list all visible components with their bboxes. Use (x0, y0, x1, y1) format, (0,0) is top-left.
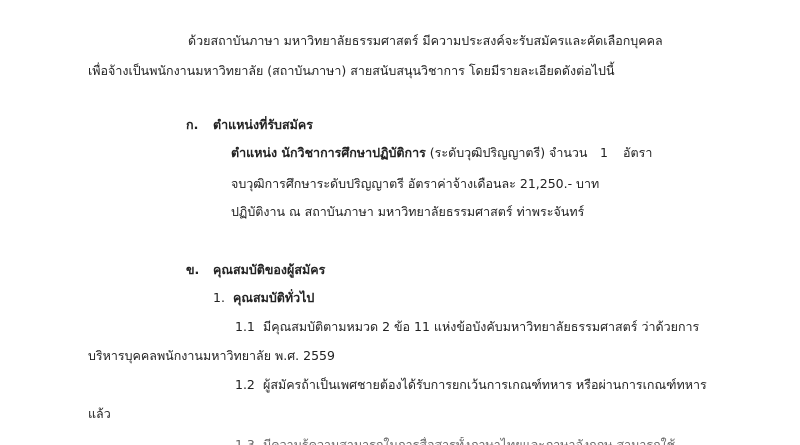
count-value: 1 (600, 145, 608, 161)
sub1-heading: คุณสมบัติทั่วไป (233, 290, 314, 306)
item-1-2-number: 1.2 (235, 377, 255, 393)
intro-line-2: เพื่อจ้างเป็นพนักงานมหาวิทยาลัย (สถาบันภ… (88, 63, 615, 79)
item-1-2-text: ผู้สมัครถ้าเป็นเพศชายต้องได้รับการยกเว้น… (263, 377, 707, 393)
section-a-heading: ตำแหน่งที่รับสมัคร (213, 117, 313, 133)
item-1-1-continuation: บริหารบุคคลพนักงานมหาวิทยาลัย พ.ศ. 2559 (88, 348, 335, 364)
sub1-number: 1. (213, 290, 225, 306)
count-label: จำนวน (549, 145, 587, 161)
position-line: ตำแหน่ง นักวิชาการศึกษาปฏิบัติการ (ระดับ… (231, 145, 545, 161)
item-1-2-continuation: แล้ว (88, 406, 111, 422)
section-a-marker: ก. (186, 117, 198, 133)
count-unit: อัตรา (623, 145, 652, 161)
item-1-1-number: 1.1 (235, 319, 255, 335)
position-title: ตำแหน่ง นักวิชาการศึกษาปฏิบัติการ (231, 145, 426, 160)
education-salary: จบวุฒิการศึกษาระดับปริญญาตรี อัตราค่าจ้า… (231, 176, 599, 192)
workplace: ปฏิบัติงาน ณ สถาบันภาษา มหาวิทยาลัยธรรมศ… (231, 204, 584, 220)
item-1-3-text: มีความรู้ความสามารถในการสื่อสารทั้งภาษาไ… (263, 437, 675, 445)
section-b-heading: คุณสมบัติของผู้สมัคร (213, 262, 325, 278)
item-1-1-text: มีคุณสมบัติตามหมวด 2 ข้อ 11 แห่งข้อบังคั… (263, 319, 699, 335)
intro-line-1: ด้วยสถาบันภาษา มหาวิทยาลัยธรรมศาสตร์ มีค… (188, 33, 663, 49)
position-level: (ระดับวุฒิปริญญาตรี) (430, 145, 545, 160)
section-b-marker: ข. (186, 262, 199, 278)
item-1-3-number: 1.3 (235, 437, 255, 445)
